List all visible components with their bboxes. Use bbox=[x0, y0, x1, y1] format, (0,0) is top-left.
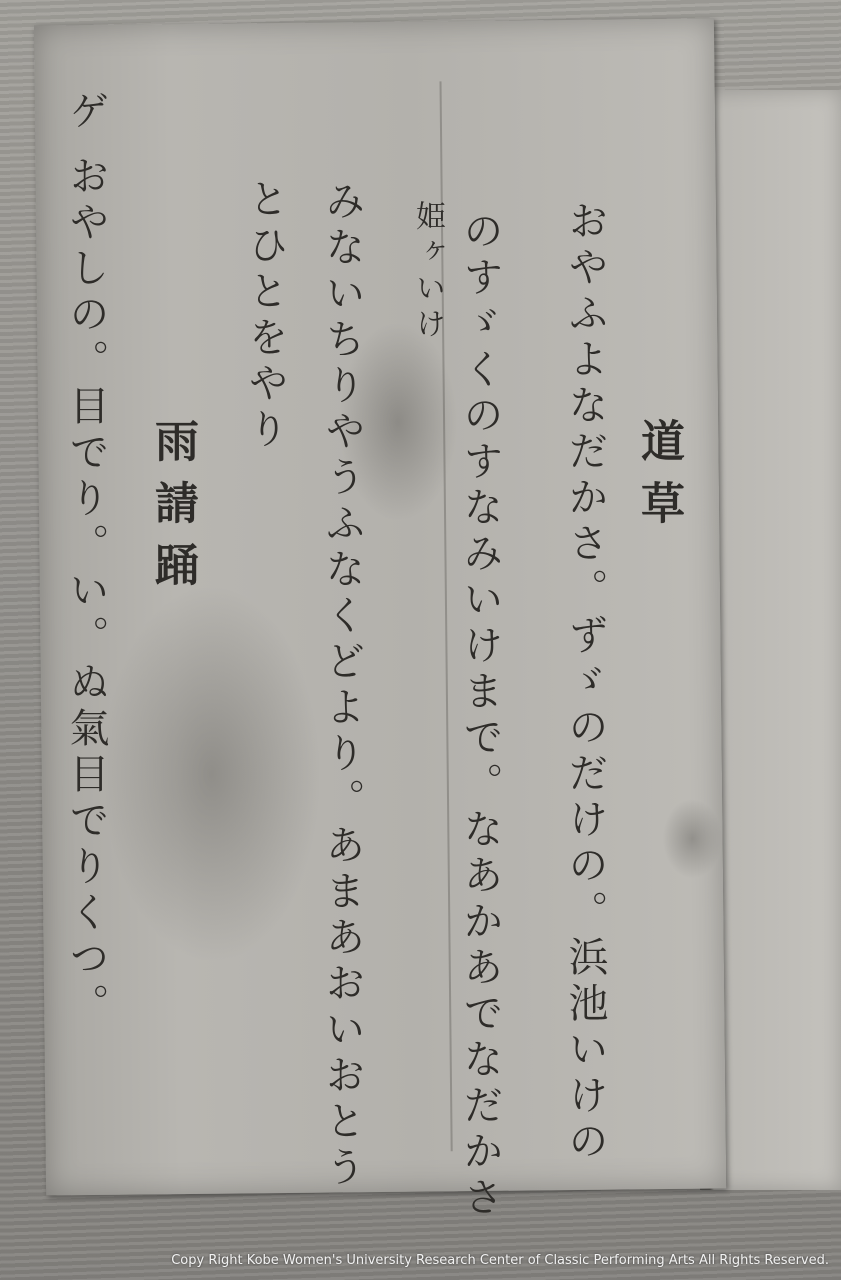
manuscript-page bbox=[34, 18, 726, 1195]
heading-michikusa: 道草 bbox=[636, 418, 680, 542]
text-column-4: みないちりやうふなくどより。あまあおいおとう bbox=[322, 180, 362, 1192]
copyright-watermark: Copy Right Kobe Women's University Resea… bbox=[0, 1253, 829, 1268]
water-stain bbox=[100, 583, 324, 965]
text-column-3: 姫ヶいけ bbox=[412, 200, 442, 344]
water-stain bbox=[662, 798, 723, 879]
text-column-5: とひとをやり bbox=[245, 178, 285, 454]
heading-amagoi-odori: 雨請踊 bbox=[150, 418, 194, 604]
text-column-1: おやふよなだかさ。ずゞのだけの。浜池いけの bbox=[565, 200, 605, 1166]
text-column-2: のすゞくのすなみいけまで。なあかあでなだかさ bbox=[460, 210, 500, 1222]
text-column-6: ゲ おやしの。目でり。い。ぬ氣目でりくつ。 bbox=[66, 90, 106, 1029]
